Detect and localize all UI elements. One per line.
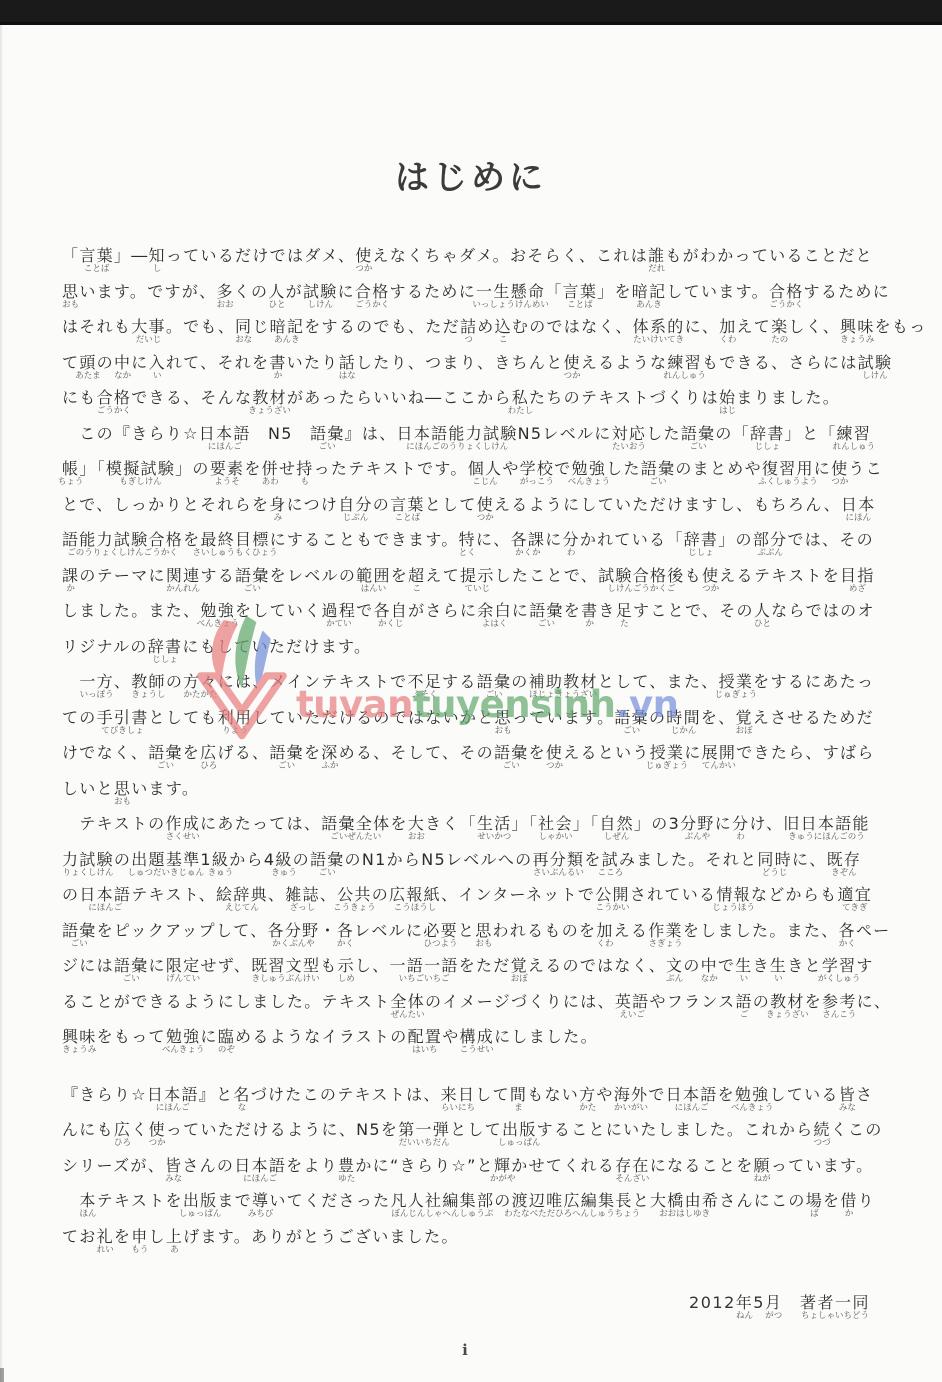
ruby-word: 各課かくか xyxy=(511,530,546,550)
text-run: があったらいいね―ここから xyxy=(287,388,512,407)
furigana: かくじ xyxy=(378,620,404,629)
text-run: たちのテキストづくりは xyxy=(529,388,719,407)
text-run: のイメージづくりには、 xyxy=(425,992,615,1011)
ruby-word: 過程かてい xyxy=(322,601,357,621)
furigana: つ xyxy=(464,336,473,345)
furigana: つか xyxy=(546,762,563,771)
furigana: み xyxy=(274,514,283,523)
text-run xyxy=(62,672,79,691)
text-run: 』は、 xyxy=(345,424,397,443)
text-line: 興味きょうみをもって勉強べんきょうに臨のぞめるようなイラストの配置はいちや構成こ… xyxy=(62,1027,898,1047)
text-run: として、また、 xyxy=(598,672,719,691)
furigana: か xyxy=(274,372,283,381)
text-run: に xyxy=(200,1027,217,1046)
text-run: えるような xyxy=(581,353,668,372)
furigana: おも xyxy=(62,301,79,310)
furigana: わ xyxy=(567,549,576,558)
paragraph: 『きらり☆日本語にほんご』と名なづけたこのテキストは、来日らいにちして間まもない… xyxy=(62,1063,898,1176)
furigana: のぞ xyxy=(218,1046,235,1055)
ruby-word: 続つづ xyxy=(813,1120,830,1140)
text-run: の xyxy=(166,672,183,691)
ruby-word: 体系的たいけいてき xyxy=(633,317,685,337)
text-run: め xyxy=(477,317,494,336)
text-run: います。ですが、 xyxy=(79,282,216,301)
furigana: しけんごうかくご xyxy=(607,585,675,594)
text-run: 」と「 xyxy=(785,424,837,443)
text-run: ペー xyxy=(856,921,891,940)
text-run: に xyxy=(338,282,355,301)
ruby-word: 全体ぜんたい xyxy=(390,992,425,1012)
text-line: 語彙ごいをピックアップして、各分野かくぶんや・各かくレベルに必要ひつようと思おも… xyxy=(62,921,898,941)
furigana: おな xyxy=(235,336,252,345)
furigana: がくしゅう xyxy=(818,975,861,984)
ruby-word: 大橋由希おおはしゆき xyxy=(650,1191,719,1211)
text-run: できたら、すばら xyxy=(736,743,874,762)
ruby-word: 課か xyxy=(62,566,79,586)
text-run: て xyxy=(62,353,79,372)
ruby-word: 語彙ごい xyxy=(641,459,676,479)
furigana: てびきしょ xyxy=(101,727,144,736)
furigana: かくぶんや xyxy=(272,940,315,949)
text-run: にも xyxy=(62,388,97,407)
furigana: ひと xyxy=(754,620,771,629)
ruby-word: 場ば xyxy=(806,1191,823,1211)
text-run: 『きらり☆ xyxy=(62,1085,147,1104)
text-run: きと xyxy=(787,956,822,975)
furigana: こうかい xyxy=(595,904,629,913)
furigana: じしょ xyxy=(755,443,781,452)
ruby-word: 日本語能力試験にほんごのうりょくしけん xyxy=(397,424,518,444)
text-line: 「言葉ことば」―知しっているだけではダメ、使つかえなくちゃダメ。おそらく、これは… xyxy=(62,246,898,266)
ruby-word: 足た xyxy=(616,601,633,621)
ruby-word: 存在そんざい xyxy=(615,1156,650,1176)
furigana: こじん xyxy=(472,478,498,487)
ruby-word: 自然しぜん xyxy=(599,814,634,834)
furigana: なか xyxy=(701,975,718,984)
furigana: ほん xyxy=(79,1210,96,1219)
text-run: の xyxy=(372,885,389,904)
furigana: はな xyxy=(339,372,356,381)
text-run: さんの xyxy=(182,1156,234,1175)
furigana: さくせい xyxy=(166,833,200,842)
text-run: テキストを xyxy=(97,1191,183,1210)
text-run: の xyxy=(97,353,114,372)
text-run: んにも xyxy=(62,1120,114,1139)
ruby-word: 練習れんしゅう xyxy=(837,424,872,444)
text-line: 一方いっぽう、教師きょうしの方々かたがたには、メインテキストで不足ふそくする語彙… xyxy=(62,672,898,692)
ruby-word: 出題基準しゅつだいきじゅん xyxy=(131,850,200,870)
text-run: を xyxy=(391,566,408,585)
text-run: の xyxy=(114,850,131,869)
furigana: ひろ xyxy=(200,762,217,771)
ruby-word: 勉強べんきょう xyxy=(735,1085,770,1105)
ruby-word: 一生懸命いっしょうけんめい xyxy=(476,282,545,302)
ruby-word: 日本語にほんご xyxy=(147,1085,199,1105)
text-line: シリーズが、皆みなさんの日本語にほんごをより豊ゆたかに“きらり☆”と輝かがやかせ… xyxy=(62,1156,898,1176)
ruby-word: 出版しゅっぱん xyxy=(502,1120,537,1140)
text-run: も xyxy=(320,956,337,975)
text-run: いてくださった xyxy=(269,1191,390,1210)
ruby-word: 超こ xyxy=(408,566,425,586)
ruby-word: 手引書てびきしょ xyxy=(97,708,149,728)
furigana: にほんご xyxy=(88,904,122,913)
ruby-word: 範囲はんい xyxy=(356,566,391,586)
ruby-word: 個人こじん xyxy=(468,459,503,479)
ruby-word: 暗記あんき xyxy=(632,282,667,302)
text-run: にもしていただけます。 xyxy=(182,637,371,656)
furigana: おも xyxy=(495,727,512,736)
text-run: もない xyxy=(527,1085,579,1104)
ruby-word: 持も xyxy=(296,459,313,479)
furigana: ごい xyxy=(623,727,640,736)
text-run: する xyxy=(442,672,477,691)
furigana: ひと xyxy=(269,301,286,310)
text-line: 帳ちょう」「模擬試験もぎしけん」の要素ようそを併あわせ持もったテキストです。個人… xyxy=(62,459,898,479)
furigana: はじ xyxy=(719,407,736,416)
furigana: こころ xyxy=(598,869,624,878)
furigana: かく xyxy=(337,940,354,949)
furigana: いっしょうけんめい xyxy=(472,301,549,310)
ruby-word: 語彙全体ごいぜんたい xyxy=(321,814,390,834)
furigana: りょくしけん xyxy=(62,869,113,878)
text-run: も xyxy=(685,566,702,585)
text-run: している xyxy=(769,1085,838,1104)
furigana: かたがた xyxy=(183,691,217,700)
ruby-word: 関連かんれん xyxy=(166,566,201,586)
ruby-word: 使つか xyxy=(149,1120,166,1140)
furigana: かく xyxy=(839,940,856,949)
ruby-word: 分わ xyxy=(563,530,580,550)
furigana: つか xyxy=(355,265,372,274)
text-run: むのではなく、 xyxy=(512,317,633,336)
text-line: はそれも大事だいじ。でも、同おなじ暗記あんきをするのでも、ただ詰つめ込こむのでは… xyxy=(62,317,898,337)
furigana: おお xyxy=(408,833,425,842)
text-line: しいと思おもいます。 xyxy=(62,779,898,799)
text-run: になることを xyxy=(650,1156,754,1175)
ruby-word: 社会しゃかい xyxy=(538,814,573,834)
ruby-word: 必要ひつよう xyxy=(423,921,458,941)
furigana: ごうかく xyxy=(97,407,131,416)
text-run: えるのではなく、 xyxy=(528,956,666,975)
ruby-word: 中なか xyxy=(701,956,718,976)
text-run: をしました。また、 xyxy=(683,921,839,940)
text-run: き xyxy=(598,601,615,620)
text-run: えるようにしていただけますし、もちろん、 xyxy=(494,495,841,514)
ruby-word: 頭あたま xyxy=(79,353,96,373)
text-run: 』と xyxy=(199,1085,234,1104)
text-run: れて、それを xyxy=(166,353,269,372)
ruby-word: 入い xyxy=(149,353,166,373)
ruby-word: 対応たいおう xyxy=(612,424,647,444)
furigana: かがや xyxy=(490,1175,516,1184)
text-run: に xyxy=(715,814,732,833)
text-run: ての xyxy=(62,708,97,727)
furigana: にほんご xyxy=(208,443,242,452)
text-run: と xyxy=(633,1191,650,1210)
furigana: はいち xyxy=(412,1046,438,1055)
ruby-word: 利用りよう xyxy=(218,708,253,728)
furigana: べんきょう xyxy=(568,478,611,487)
text-run: をより xyxy=(286,1156,338,1175)
text-run: の xyxy=(494,1191,511,1210)
furigana: しけん xyxy=(308,301,334,310)
ruby-word: 日本にほん xyxy=(841,495,876,515)
ruby-word: 礼れい xyxy=(97,1227,114,1247)
text-run: もがわかっていることだと xyxy=(665,246,873,265)
furigana: こうきょう xyxy=(333,904,376,913)
ruby-word: 不足ふそく xyxy=(407,672,442,692)
text-run: につけ xyxy=(287,495,339,514)
furigana: おぼ xyxy=(736,727,753,736)
ruby-word: 絵辞典えじてん xyxy=(216,885,268,905)
ruby-word: 使つか xyxy=(546,743,563,763)
furigana: あたま xyxy=(75,372,101,381)
page-number: i xyxy=(0,1341,930,1359)
ruby-word: 公開こうかい xyxy=(595,885,630,905)
scanner-top-bar-edge xyxy=(0,22,942,25)
furigana: し xyxy=(153,265,162,274)
text-run: の xyxy=(373,495,390,514)
text-run: ・ xyxy=(319,921,336,940)
furigana: じょうほう xyxy=(712,904,755,913)
text-run: から4 xyxy=(229,850,275,869)
furigana: ふそく xyxy=(412,691,438,700)
furigana: だいいちだん xyxy=(399,1139,450,1148)
furigana: ごいぜんたい xyxy=(330,833,381,842)
text-run: や xyxy=(442,1027,459,1046)
furigana: てんかい xyxy=(702,762,736,771)
text-line: 語能力試験合格ごのうりょくしけんごうかくを最終目標さいしゅうもくひょうにすること… xyxy=(62,530,898,550)
furigana: つか xyxy=(831,478,848,487)
ruby-word: 暗記あんき xyxy=(270,317,305,337)
text-run: せず、 xyxy=(200,956,251,975)
furigana: にほんごのうりょくしけん xyxy=(406,443,508,452)
furigana: か xyxy=(586,620,595,629)
text-run: で xyxy=(718,956,735,975)
text-run: テキスト、 xyxy=(131,885,216,904)
ruby-word: 語彙ごい xyxy=(477,672,512,692)
text-run: をもって xyxy=(97,1027,166,1046)
page-title: はじめに xyxy=(0,150,942,199)
ruby-word: 中なか xyxy=(114,353,131,373)
text-run: し、 xyxy=(355,956,390,975)
furigana: みな xyxy=(165,1175,182,1184)
ruby-word: 楽たの xyxy=(771,317,788,337)
ruby-word: 分わ xyxy=(732,814,749,834)
ruby-word: 限定げんてい xyxy=(166,956,201,976)
furigana: はんい xyxy=(361,585,387,594)
text-run: の xyxy=(293,850,310,869)
ruby-word: 語彙ごい xyxy=(269,743,304,763)
text-run xyxy=(782,1293,800,1312)
ruby-word: 大おお xyxy=(408,814,425,834)
ruby-word: 旧日本語能きゅうにほんごのう xyxy=(783,814,870,834)
furigana: こ xyxy=(412,585,421,594)
furigana: しゅつだいきじゅん xyxy=(128,869,205,878)
text-run: しいと xyxy=(62,779,114,798)
text-run: に xyxy=(131,353,148,372)
ruby-word: 試こころ xyxy=(602,850,619,870)
text-run: に xyxy=(512,601,529,620)
ruby-word: 既存きぞん xyxy=(827,850,862,870)
furigana: もう xyxy=(131,1246,148,1255)
furigana: わたし xyxy=(508,407,534,416)
furigana: ぶんや xyxy=(685,833,711,842)
text-run: できる、そんな xyxy=(131,388,252,407)
furigana: とく xyxy=(459,549,476,558)
text-run: リジナルの xyxy=(62,637,148,656)
text-run: に xyxy=(814,459,831,478)
text-run: にあたっては、 xyxy=(200,814,321,833)
furigana: せいかつ xyxy=(477,833,511,842)
text-line: てお礼れいを申もうし上あげます。ありがとうございました。 xyxy=(62,1227,898,1247)
furigana: こ xyxy=(499,336,508,345)
text-run: を xyxy=(304,743,321,762)
furigana: ふくしゅうよう xyxy=(758,478,818,487)
text-run: がさらに xyxy=(408,601,477,620)
ruby-word: 方々かたがた xyxy=(183,672,218,692)
furigana: かんれん xyxy=(166,585,200,594)
text-line: しました。また、勉強べんきょうをしていく過程かていで各自かくじがさらに余白よはく… xyxy=(62,601,898,621)
furigana: そんざい xyxy=(615,1175,649,1184)
ruby-word: 模擬試験もぎしけん xyxy=(106,459,175,479)
furigana: じしょ xyxy=(152,656,178,665)
text-run: 1 xyxy=(200,850,211,869)
text-run: テキストの xyxy=(62,814,165,833)
text-run: います。 xyxy=(131,779,199,798)
furigana: えいご xyxy=(619,1011,645,1020)
ruby-word: 興味きょうみ xyxy=(840,317,875,337)
ruby-word: 作成さくせい xyxy=(165,814,200,834)
text-run: しく、 xyxy=(788,317,840,336)
furigana: きょうみ xyxy=(840,336,874,345)
ruby-word: 合格ごうかく xyxy=(769,282,804,302)
ruby-word: 借か xyxy=(840,1191,857,1211)
text-run: を xyxy=(805,992,822,1011)
text-run: しました。また、 xyxy=(62,601,200,620)
ruby-word: 学校がっこう xyxy=(520,459,555,479)
ruby-word: 各かく xyxy=(839,921,856,941)
text-run: で xyxy=(648,1085,665,1104)
text-run: を xyxy=(183,530,200,549)
ruby-word: 部分ぶぶん xyxy=(753,530,788,550)
text-run: げます。ありがとうございました。 xyxy=(183,1227,459,1246)
text-run: を、 xyxy=(701,708,736,727)
text-run: のN1からN5レベルへの xyxy=(345,850,533,869)
text-run: えて xyxy=(737,317,772,336)
ruby-word: 試験しけん xyxy=(303,282,338,302)
text-run: の xyxy=(62,885,79,904)
ruby-word: 雑誌ざっし xyxy=(285,885,320,905)
furigana: いちごいちご xyxy=(399,975,450,984)
ruby-word: 第一弾だいいちだん xyxy=(398,1120,450,1140)
ruby-word: 級きゅう xyxy=(212,850,229,870)
ruby-word: 復習用ふくしゅうよう xyxy=(762,459,814,479)
furigana: かいがい xyxy=(614,1104,648,1113)
text-run: まりました。 xyxy=(736,388,840,407)
text-run: す xyxy=(856,956,873,975)
ruby-word: 級きゅう xyxy=(275,850,292,870)
furigana: あんき xyxy=(274,336,300,345)
text-run: では、その xyxy=(787,530,874,549)
text-line: リジナルの辞書じしょにもしていただけます。 xyxy=(62,637,898,657)
ruby-word: 配置はいち xyxy=(408,1027,443,1047)
ruby-word: 広ひろ xyxy=(200,743,217,763)
furigana: きょうし xyxy=(132,691,166,700)
ruby-word: 勉強べんきょう xyxy=(166,1027,201,1047)
text-run: っていただけるように、N5を xyxy=(166,1120,398,1139)
ruby-word: 渡辺唯広編集長わたなべただひろへんしゅうちょう xyxy=(512,1191,633,1211)
furigana: さんこう xyxy=(822,1011,856,1020)
ruby-word: 加くわ xyxy=(596,921,613,941)
ruby-word: 語彙ごい xyxy=(614,708,649,728)
furigana: なか xyxy=(114,372,131,381)
text-run: せ xyxy=(279,459,296,478)
ruby-word: 提示ていじ xyxy=(460,566,495,586)
text-run: うこ xyxy=(848,459,883,478)
text-run: 2012 xyxy=(689,1293,736,1312)
ruby-word: 同おな xyxy=(235,317,252,337)
ruby-word: 公共こうきょう xyxy=(337,885,372,905)
ruby-word: 年ねん xyxy=(736,1293,754,1313)
text-run: し xyxy=(149,1227,166,1246)
furigana: しゅっぱん xyxy=(498,1139,541,1148)
furigana: きしゅうぶんけい xyxy=(252,975,320,984)
ruby-word: 生活せいかつ xyxy=(477,814,512,834)
furigana: がっこう xyxy=(520,478,554,487)
text-run: N5 xyxy=(251,424,310,443)
furigana: わたなべただひろへんしゅうちょう xyxy=(504,1210,640,1219)
text-run: に、 xyxy=(792,850,827,869)
ruby-word: 導みちび xyxy=(252,1191,269,1211)
furigana: じゅぎょう xyxy=(715,691,758,700)
ruby-word: 語彙ごい xyxy=(681,424,716,444)
text-run: ることができるようにしました。テキスト xyxy=(62,992,390,1011)
text-run: てお xyxy=(62,1227,97,1246)
text-run: 、 xyxy=(320,885,337,904)
text-run: した xyxy=(646,424,681,443)
furigana: きょうみ xyxy=(62,1046,96,1055)
ruby-word: 大事だいじ xyxy=(131,317,166,337)
text-line: とで、しっかりとそれらを身みにつけ自分じぶんの言葉ことばとして使つかえるようにし… xyxy=(62,495,898,515)
text-run: くの xyxy=(234,282,269,301)
ruby-word: 覚おぼ xyxy=(736,708,753,728)
ruby-word: 辞書じしょ xyxy=(684,530,719,550)
furigana: じしょ xyxy=(688,549,714,558)
furigana: べんきょう xyxy=(196,620,239,629)
text-run: じ xyxy=(252,317,269,336)
furigana: さぎょう xyxy=(649,940,683,949)
furigana: ごい xyxy=(278,762,295,771)
furigana: べんきょう xyxy=(162,1046,205,1055)
furigana: れんしゅう xyxy=(663,372,706,381)
ruby-word: 教材きょうざい xyxy=(770,992,805,1012)
furigana: にほんご xyxy=(156,1104,190,1113)
text-run: する xyxy=(200,566,235,585)
text-run: 」「 xyxy=(79,459,106,478)
ruby-word: 詰つ xyxy=(460,317,477,337)
ruby-word: 語彙ごい xyxy=(494,743,529,763)
furigana: べんきょう xyxy=(731,1104,774,1113)
text-run: り xyxy=(858,1191,875,1210)
ruby-word: 語能力試験合格ごのうりょくしけんごうかく xyxy=(62,530,183,550)
text-line: 課かのテーマに関連かんれんする語彙ごいをレベルの範囲はんいを超こえて提示ていじし… xyxy=(62,566,898,586)
ruby-word: 併あわ xyxy=(262,459,279,479)
ruby-word: 教師きょうし xyxy=(131,672,166,692)
text-run: を xyxy=(718,1085,735,1104)
text-run: を xyxy=(584,850,601,869)
body-text: 「言葉ことば」―知しっているだけではダメ、使つかえなくちゃダメ。おそらく、これは… xyxy=(62,246,898,1262)
